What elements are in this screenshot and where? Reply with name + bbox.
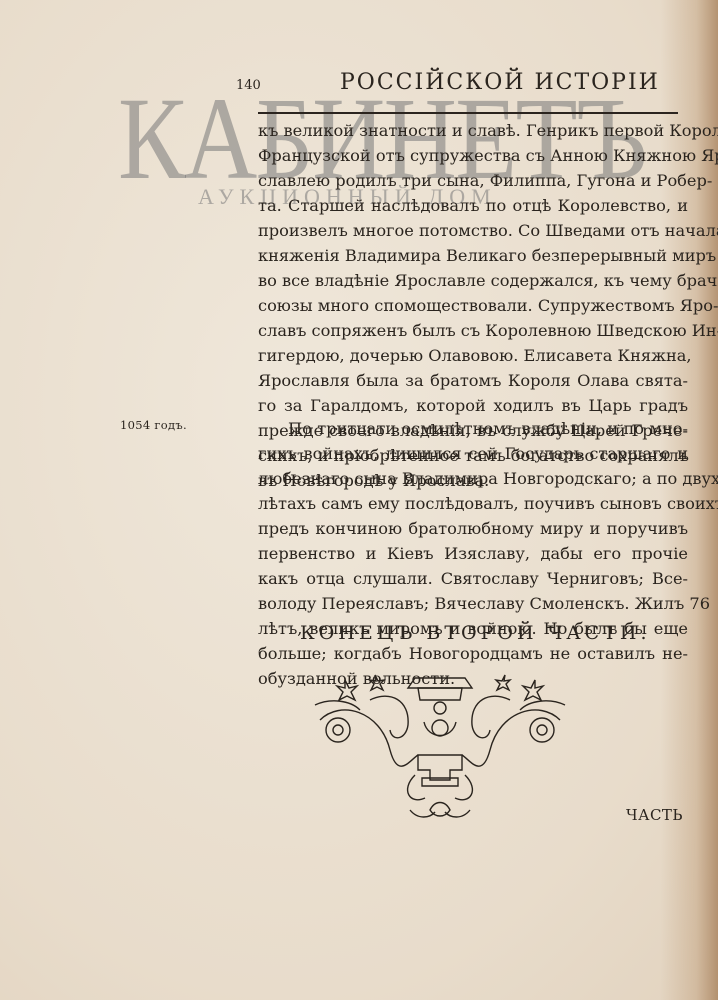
ornament-vignette-icon bbox=[300, 660, 580, 830]
text-line: та. Старшей наслѣдовалъ по отцѣ Королевс… bbox=[258, 193, 688, 218]
header-rule bbox=[258, 112, 678, 114]
running-head: 140 РОССІЙСКОЙ ИСТОРІИ bbox=[236, 70, 676, 100]
text-line: любезнаго сына Владимира Новгородскаго; … bbox=[258, 466, 688, 491]
text-line: славъ сопряженъ былъ съ Королевною Шведс… bbox=[258, 318, 688, 343]
text-line: славлею родилъ три сына, Филиппа, Гугона… bbox=[258, 168, 688, 193]
text-line: во все владѣніе Ярославле содержался, къ… bbox=[258, 268, 688, 293]
text-line: союзы много спомоществовали. Супружество… bbox=[258, 293, 688, 318]
text-line: къ великой знатности и славѣ. Генрикъ пе… bbox=[258, 118, 688, 143]
text-line: володу Переяславъ; Вячеславу Смоленскъ. … bbox=[258, 591, 688, 616]
part-end-heading: КОНЕЦЪ ВТОРОЙ ЧАСТИ. bbox=[300, 622, 651, 644]
text-line: гихъ войнахъ, лишился сей Государь старш… bbox=[258, 441, 688, 466]
paragraph-2: По тритцати осмилѣтномъ владѣніи, и по м… bbox=[258, 416, 688, 691]
text-line: го за Гаралдомъ, которой ходилъ въ Царь … bbox=[258, 393, 688, 418]
text-line: гигердою, дочерью Олавовою. Елисавета Кн… bbox=[258, 343, 688, 368]
book-page: 140 РОССІЙСКОЙ ИСТОРІИ къ великой знатно… bbox=[0, 0, 718, 1000]
running-title: РОССІЙСКОЙ ИСТОРІИ bbox=[340, 70, 660, 95]
text-line: предъ кончиною братолюбному миру и поруч… bbox=[258, 516, 688, 541]
text-line: произвелъ многое потомство. Со Шведами о… bbox=[258, 218, 688, 243]
catchword: ЧАСТЬ bbox=[626, 806, 683, 824]
page-number: 140 bbox=[236, 78, 261, 93]
text-line: Ярославля была за братомъ Короля Олава с… bbox=[258, 368, 688, 393]
text-line: какъ отца слушали. Святославу Черниговъ;… bbox=[258, 566, 688, 591]
text-line: лѣтахъ самъ ему послѣдовалъ, поучивъ сын… bbox=[258, 491, 688, 516]
text-line: первенство и Кіевъ Изяславу, дабы его пр… bbox=[258, 541, 688, 566]
text-line: Французской отъ супружества съ Анною Кня… bbox=[258, 143, 688, 168]
text-line: княженія Владимира Великаго безперерывны… bbox=[258, 243, 688, 268]
margin-note-year: 1054 годъ. bbox=[120, 418, 187, 432]
text-line: По тритцати осмилѣтномъ владѣніи, и по м… bbox=[258, 416, 688, 441]
